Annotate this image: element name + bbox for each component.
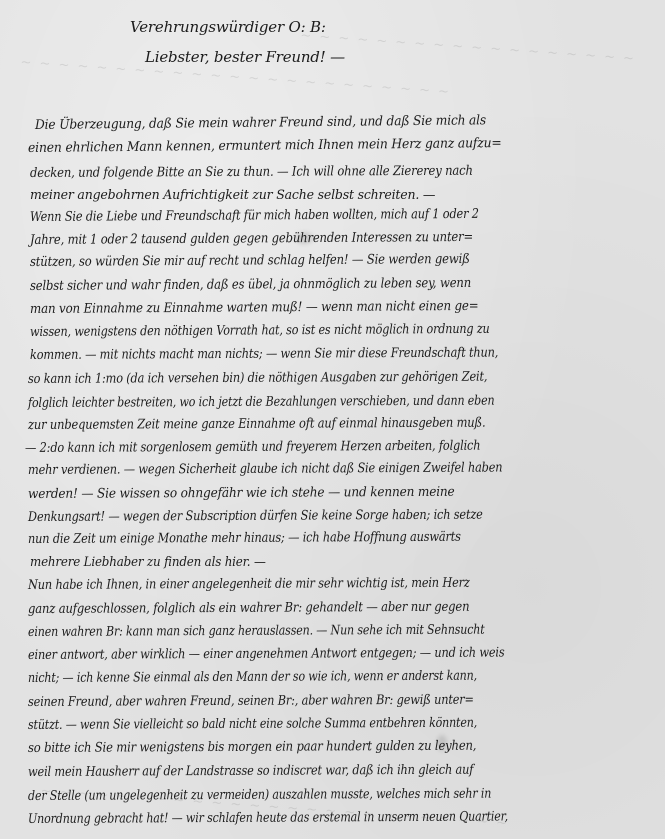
body-line: — 2:do kann ich mit sorgenlosem gemüth u… — [25, 439, 480, 456]
body-line: Denkungsart! — wegen der Subscription dü… — [28, 508, 483, 525]
body-line: so kann ich 1:mo (da ich versehen bin) d… — [28, 370, 487, 387]
body-line: Jahre, mit 1 oder 2 tausend gulden gegen… — [30, 230, 473, 248]
letter-page: ~ ~ ~ ~ ~ ~ ~ ~ ~ ~ ~ ~ ~ ~ ~ ~ ~ ~ ~ ~ … — [0, 0, 665, 839]
body-line: kommen. — mit nichts macht man nichts; —… — [30, 346, 498, 363]
body-line: ganz aufgeschlossen, folglich als ein wa… — [28, 600, 469, 617]
letter-salutation: Liebster, bester Freund! — — [145, 48, 345, 66]
body-line: seinen Freund, aber wahren Freund, seine… — [28, 693, 474, 710]
body-line: Nun habe ich Ihnen, in einer angelegenhe… — [28, 576, 470, 593]
body-line: man von Einnahme zu Einnahme warten muß!… — [30, 299, 479, 317]
body-line: so bitte ich Sie mir wenigstens bis morg… — [28, 739, 476, 756]
body-line: stützt. — wenn Sie vielleicht so bald ni… — [28, 716, 477, 733]
body-line: nicht; — ich kenne Sie einmal als den Ma… — [28, 669, 477, 686]
body-line: mehrere Liebhaber zu finden als hier. — — [30, 555, 266, 570]
letter-address: Verehrungswürdiger O: B: — [130, 18, 326, 36]
body-line: der Stelle (um ungelegenheit zu vermeide… — [28, 787, 491, 804]
body-line: einen ehrlichen Mann kennen, ermuntert m… — [28, 136, 502, 156]
body-line: weil mein Hausherr auf der Landstrasse s… — [28, 763, 473, 780]
body-line: mehr verdienen. — wegen Sicherheit glaub… — [28, 461, 502, 478]
body-line: selbst sicher und wahr finden, daß es üb… — [30, 276, 471, 294]
body-line: Die Überzeugung, daß Sie mein wahrer Fre… — [35, 113, 486, 133]
body-line: decken, und folgende Bitte an Sie zu thu… — [30, 164, 473, 181]
body-line: Wenn Sie die Liebe und Freundschaft für … — [30, 207, 479, 225]
body-line: Unordnung gebracht hat! — wir schlafen h… — [28, 809, 508, 827]
body-line: folglich leichter bestreiten, wo ich jet… — [28, 394, 494, 411]
body-line: stützen, so würden Sie mir auf recht und… — [30, 252, 470, 270]
body-line: nun die Zeit um einige Monathe mehr hina… — [28, 530, 461, 547]
body-line: wissen, wenigstens den nöthigen Vorrath … — [30, 322, 490, 340]
bleed-through-text: ~ ~ ~ ~ ~ ~ ~ ~ ~ ~ ~ ~ ~ ~ ~ ~ ~ ~ — [300, 28, 637, 66]
body-line: einen wahren Br: kann man sich ganz hera… — [28, 623, 485, 640]
body-line: meiner angebohrnen Aufrichtigkeit zur Sa… — [30, 188, 435, 203]
body-line: einer antwort, aber wirklich — einer ang… — [28, 646, 505, 663]
body-line: werden! — Sie wissen so ohngefähr wie ic… — [28, 485, 455, 502]
body-line: zur unbequemsten Zeit meine ganze Einnah… — [28, 416, 486, 433]
